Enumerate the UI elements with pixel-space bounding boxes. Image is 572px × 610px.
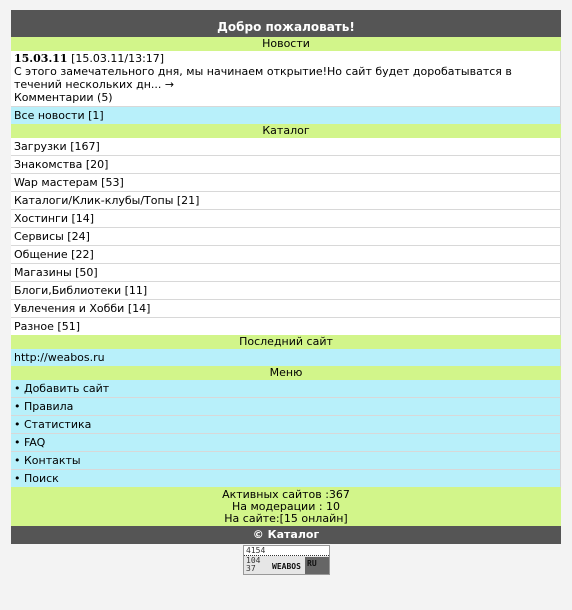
site-stats: Активных сайтов :367 На модерации : 10 Н… [11, 487, 561, 526]
catalog-section-title: Каталог [11, 124, 561, 138]
news-date: 15.03.11 [14, 52, 68, 65]
visitor-counter-badge[interactable]: 4154 104 37 WEABOS RU [243, 545, 330, 575]
menu-item[interactable]: • Добавить сайт [11, 380, 561, 398]
menu-item[interactable]: • Контакты [11, 452, 561, 470]
news-text[interactable]: С этого замечательного дня, мы начинаем … [14, 65, 557, 91]
catalog-item[interactable]: Сервисы [24] [11, 228, 561, 246]
catalog-item[interactable]: Хостинги [14] [11, 210, 561, 228]
counter-tld: RU [305, 557, 329, 574]
catalog-item[interactable]: Знакомства [20] [11, 156, 561, 174]
menu-section-title: Меню [11, 366, 561, 380]
page-container: Добро пожаловать! Новости 15.03.11 [15.0… [11, 10, 561, 544]
menu-item[interactable]: • Статистика [11, 416, 561, 434]
all-news-link[interactable]: Все новости [1] [11, 106, 561, 124]
news-section-title: Новости [11, 37, 561, 51]
last-site-link[interactable]: http://weabos.ru [11, 349, 561, 366]
online-count[interactable]: На сайте:[15 онлайн] [11, 513, 561, 525]
catalog-item[interactable]: Общение [22] [11, 246, 561, 264]
welcome-header: Добро пожаловать! [11, 10, 561, 37]
catalog-item[interactable]: Блоги,Библиотеки [11] [11, 282, 561, 300]
catalog-item[interactable]: Разное [51] [11, 318, 561, 335]
news-timestamp: [15.03.11/13:17] [71, 52, 164, 65]
menu-item[interactable]: • FAQ [11, 434, 561, 452]
footer-copyright: © Каталог [11, 526, 561, 544]
catalog-item[interactable]: Увлечения и Хобби [14] [11, 300, 561, 318]
counter-brand: WEABOS [272, 562, 301, 571]
news-comments-link[interactable]: Комментарии (5) [14, 91, 113, 104]
news-item: 15.03.11 [15.03.11/13:17] С этого замеча… [11, 51, 561, 106]
catalog-item[interactable]: Wap мастерам [53] [11, 174, 561, 192]
catalog-list: Загрузки [167]Знакомства [20]Wap мастера… [11, 138, 561, 335]
catalog-item[interactable]: Загрузки [167] [11, 138, 561, 156]
menu-item[interactable]: • Поиск [11, 470, 561, 487]
menu-list: • Добавить сайт• Правила• Статистика• FA… [11, 380, 561, 487]
counter-total: 4154 [244, 546, 329, 556]
catalog-item[interactable]: Каталоги/Клик-клубы/Топы [21] [11, 192, 561, 210]
catalog-item[interactable]: Магазины [50] [11, 264, 561, 282]
menu-item[interactable]: • Правила [11, 398, 561, 416]
counter-line2: 37 [246, 565, 256, 573]
last-site-section-title: Последний сайт [11, 335, 561, 349]
